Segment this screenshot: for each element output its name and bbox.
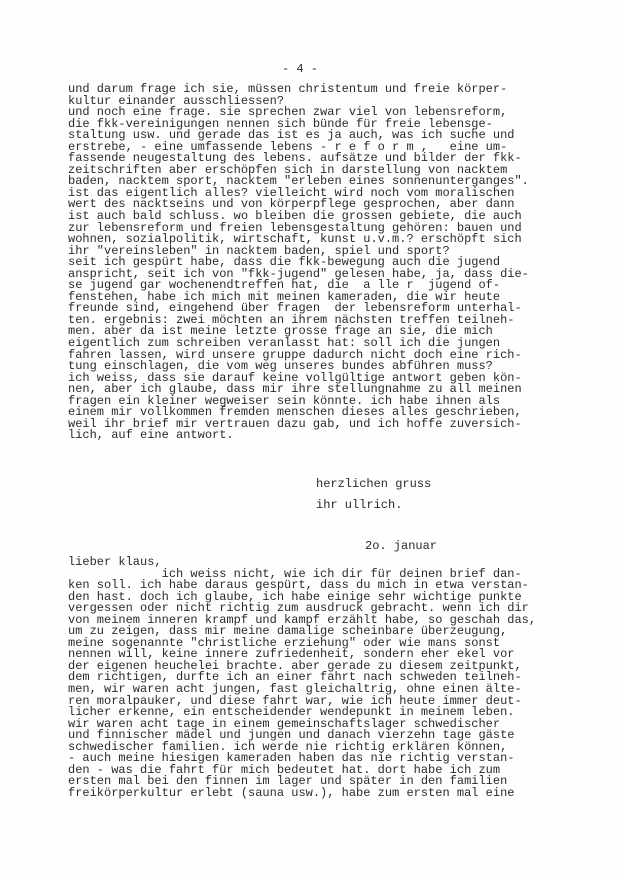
letter-body-ullrich: und darum frage ich sie, müssen christen… [68, 84, 529, 442]
text-line: freikörperkultur erlebt (sauna usw.), ha… [68, 788, 536, 800]
page-number: - 4 - [282, 62, 318, 76]
text-line: lich, auf eine antwort. [68, 430, 529, 442]
typewritten-letter-page: - 4 - und darum frage ich sie, müssen ch… [0, 0, 620, 877]
closing-signature: ihr ullrich. [316, 498, 402, 512]
letter-body-klaus: lieber klaus, ich weiss nicht, wie ich d… [68, 557, 536, 799]
closing-greeting: herzlichen gruss [316, 477, 431, 491]
letter-date: 2o. januar [365, 539, 437, 553]
